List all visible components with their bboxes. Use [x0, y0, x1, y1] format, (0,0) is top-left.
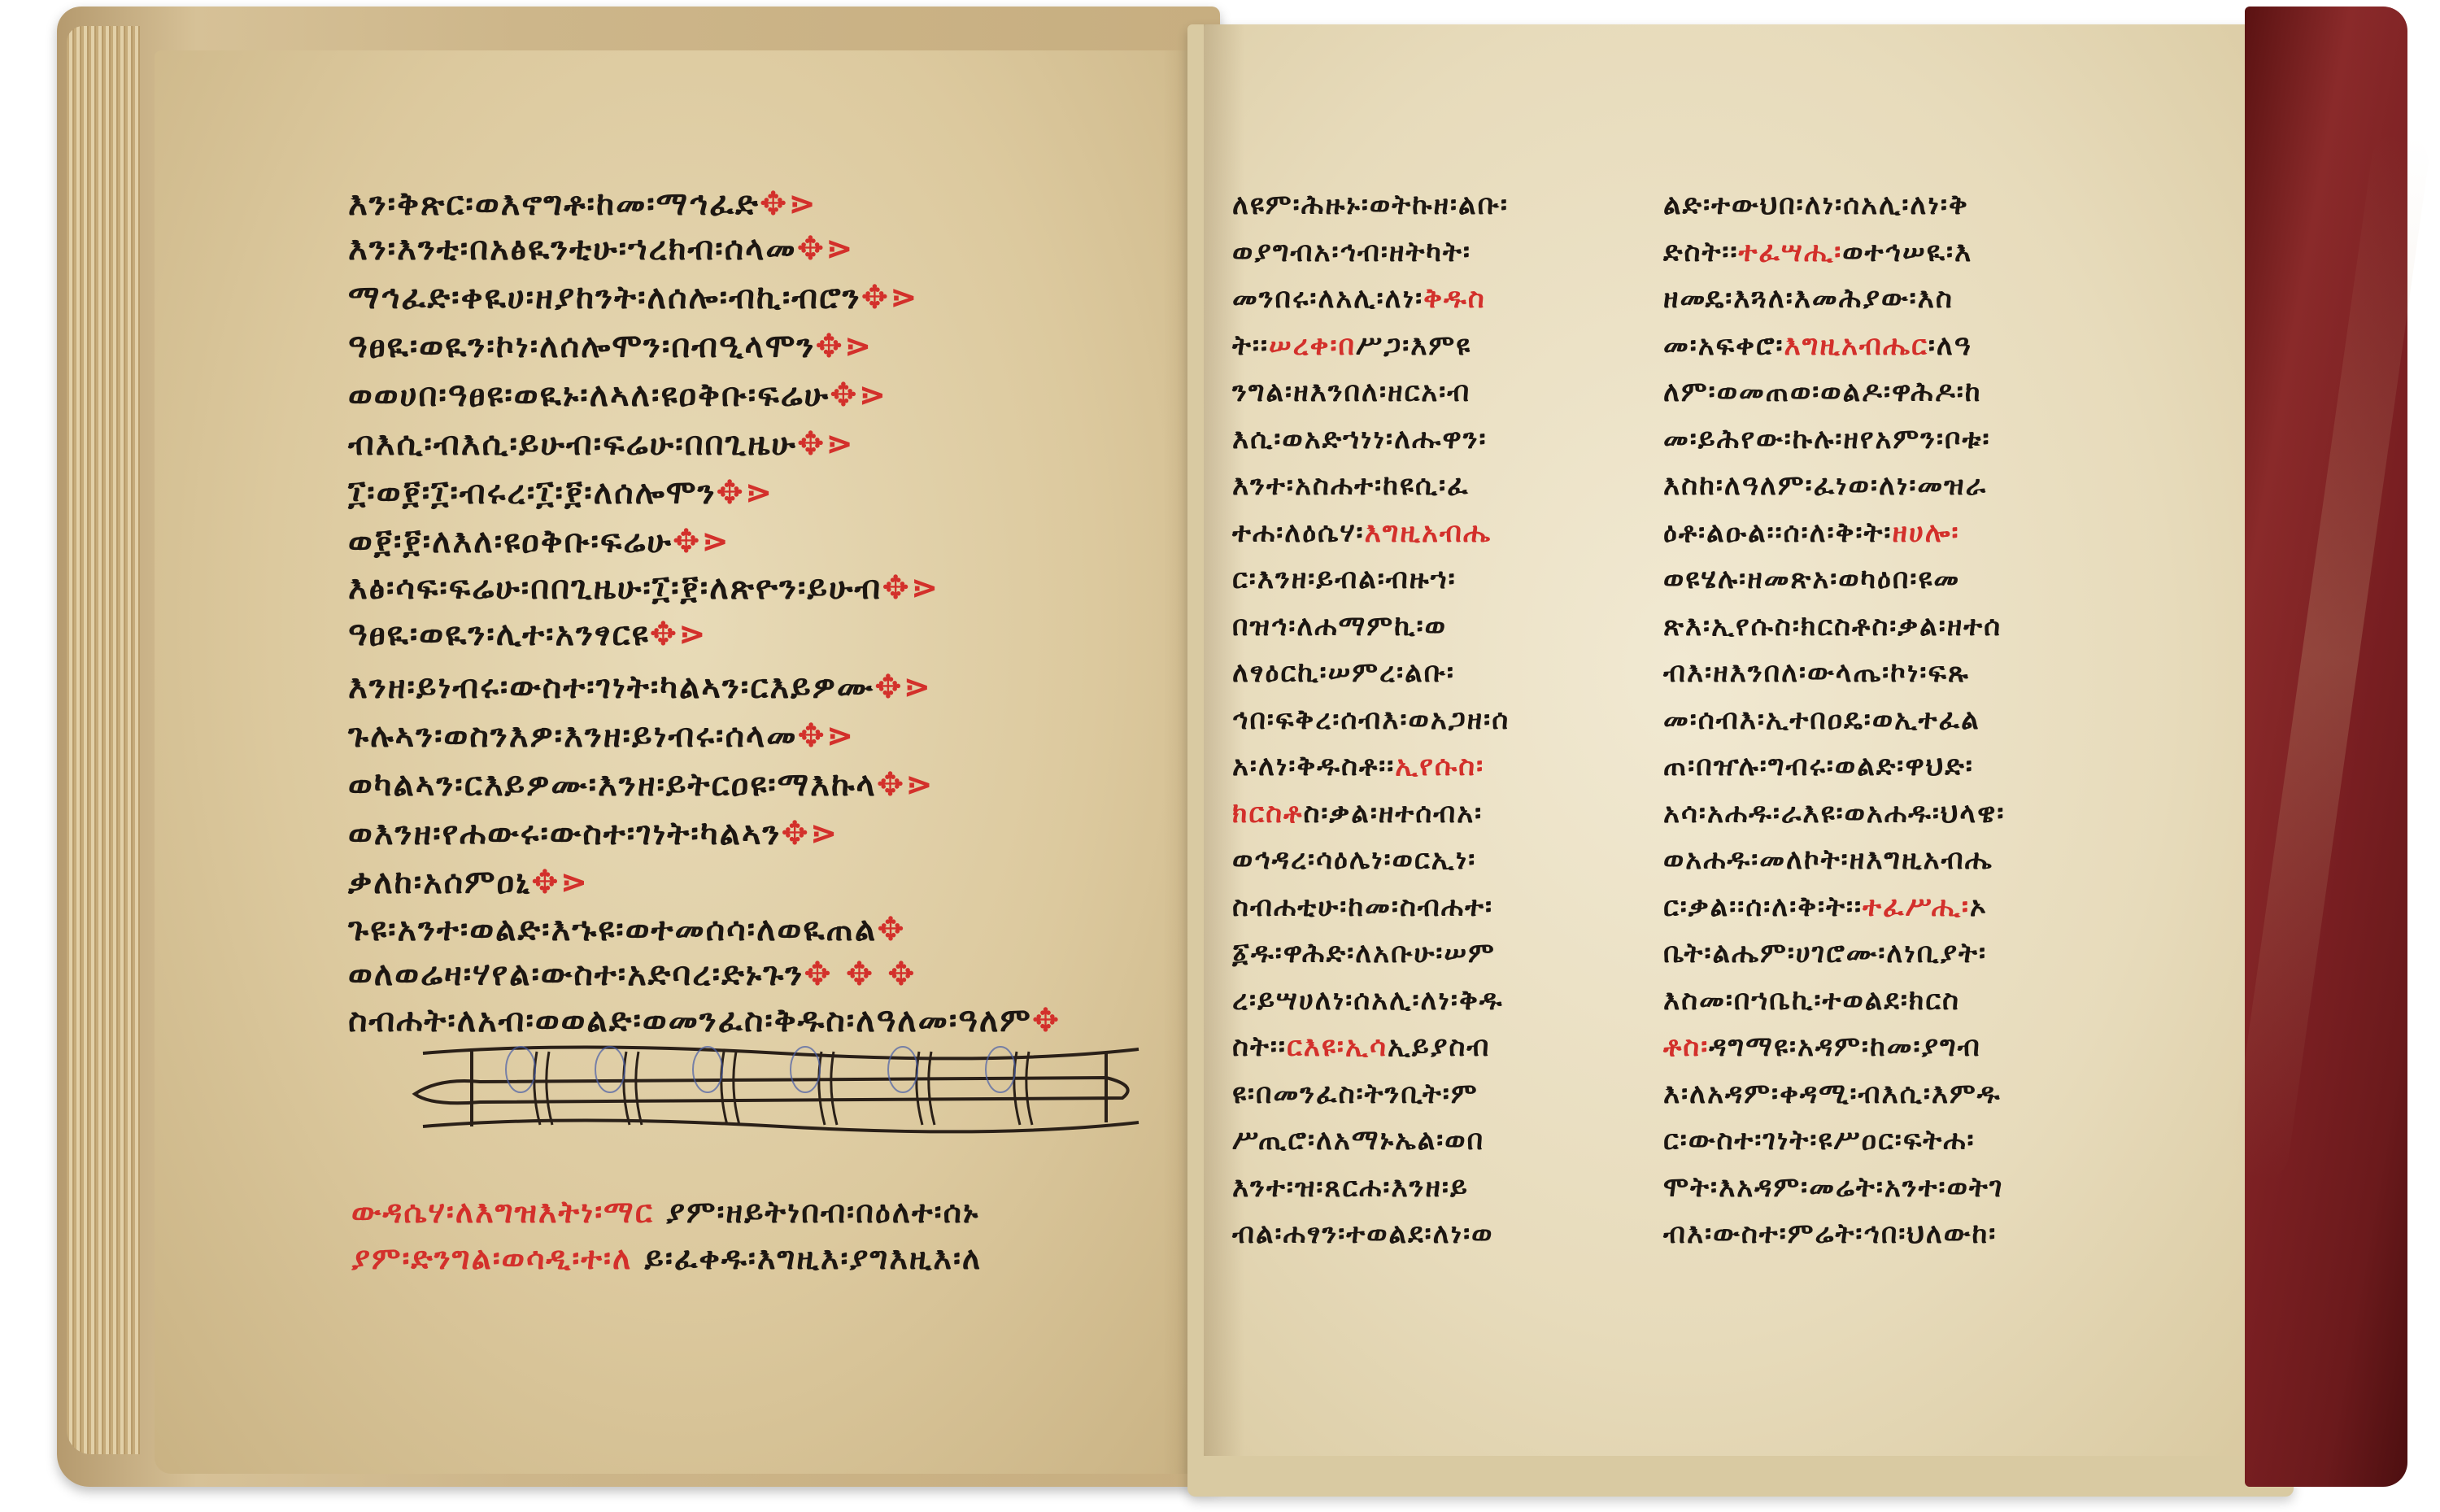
- black-text: ረ፡ይሣሀለነ፡ሰአሊ፡ለነ፡ቅዱ: [1232, 984, 1504, 1017]
- manuscript-line: ወያግብአ፡ኅብ፡ዘትካት፡: [1232, 236, 1471, 268]
- black-text: እሲ፡ወአድኀነነ፡ለሑዋን፡: [1232, 423, 1488, 455]
- red-text: ቅዱስ: [1423, 282, 1486, 315]
- rubric-cross-icon: ✥⋗: [650, 616, 708, 653]
- black-text: ስ፡ቃል፡ዘተሰብአ፡: [1303, 797, 1483, 830]
- black-text: በዝኅ፡ለሐማምኪ፡ወ: [1232, 610, 1447, 643]
- manuscript-line: ብእሲ፡ብእሲ፡ይሁብ፡ፍሬሁ፡በበጊዜሁ✥⋗: [348, 425, 855, 463]
- black-text: ዩ፡በመንፈስ፡ትንቢት፡ም: [1232, 1078, 1479, 1110]
- manuscript-line: ዓፀዪ፡ወዪን፡ኮነ፡ለሰሎሞን፡በብዒላሞን✥⋗: [348, 328, 873, 365]
- manuscript-line: ተሐ፡ለዕሴሃ፡እግዚአብሔ: [1232, 516, 1492, 549]
- black-text: ሥጋ፡እምዩ: [1356, 329, 1471, 362]
- rubric-cross-icon: ✥⋗: [830, 377, 887, 414]
- line-text: ወ፻፡፻፡ለእለ፡ዩዐቅቡ፡ፍሬሁ: [348, 523, 673, 560]
- manuscript-line: አ፡ለነ፡ቅዱስቶ፡፡ኢየሱስ፡: [1232, 750, 1484, 782]
- line-text: ማኅፈድ፡ቀዪሀ፡ዘያከንት፡ለሰሎ፡ብኪ፡ብሮን: [348, 279, 861, 316]
- manuscript-line: ዓፀዪ፡ወዪን፡ሊተ፡አንፃርዩ✥⋗: [348, 616, 708, 653]
- manuscript-line: ሞት፡እአዳም፡መሬት፡አንተ፡ወትገ: [1663, 1171, 2003, 1204]
- line-text: እንዘ፡ይነብሩ፡ውስተ፡ገነት፡ካልኣን፡ርእይዎሙ: [348, 669, 874, 706]
- black-text: ይ፡ፈቀዱ፡እግዚእ፡ያግእዚእ፡ለ: [632, 1240, 982, 1276]
- line-text: እን፡ቅጽር፡ወእኖግቶ፡ከመ፡ማኅፈድ: [348, 185, 760, 223]
- manuscript-line: ልድ፡ተውህበ፡ለነ፡ሰአሊ፡ለነ፡ቅ: [1663, 189, 1969, 221]
- manuscript-line: እፅ፡ሳፍ፡ፍሬሁ፡በበጊዜሁ፡፲፡፻፡ለጽዮን፡ይሁብ✥⋗: [348, 569, 939, 607]
- leather-cover: [2245, 7, 2407, 1487]
- manuscript-line: እን፡ቅጽር፡ወእኖግቶ፡ከመ፡ማኅፈድ✥⋗: [348, 185, 817, 223]
- manuscript-line: እስከ፡ለዓለም፡ፈነወ፡ለነ፡መዝራ: [1663, 469, 1987, 502]
- manuscript-line: ማኅፈድ፡ቀዪሀ፡ዘያከንት፡ለሰሎ፡ብኪ፡ብሮን✥⋗: [348, 279, 919, 316]
- black-text: ሥጢሮ፡ለአማኑኤል፡ወበ: [1232, 1124, 1484, 1157]
- manuscript-line: ስት፡፡ርእዩ፡ኢሳኢይያስብ: [1232, 1031, 1490, 1063]
- black-text: ብል፡ሐፃን፡ተወልደ፡ለነ፡ወ: [1232, 1218, 1493, 1250]
- black-text: ጽእ፡ኢየሱስ፡ክርስቶስ፡ቃል፡ዘተሰ: [1663, 610, 2002, 643]
- manuscript-line: እሲ፡ወአድኀነነ፡ለሑዋን፡: [1232, 423, 1488, 455]
- rubric-line: ውዳሴሃ፡ለእግዝእትነ፡ማር ያም፡ዘይትነበብ፡በዕለተ፡ሰኑ: [351, 1194, 979, 1231]
- black-text: ቤት፡ልሔም፡ሀገሮሙ፡ለነቢያት፡: [1663, 937, 1987, 970]
- manuscript-line: ቤት፡ልሔም፡ሀገሮሙ፡ለነቢያት፡: [1663, 937, 1987, 970]
- line-text: እፅ፡ሳፍ፡ፍሬሁ፡በበጊዜሁ፡፲፡፻፡ለጽዮን፡ይሁብ: [348, 569, 882, 607]
- line-text: ዓፀዪ፡ወዪን፡ሊተ፡አንፃርዩ: [348, 616, 650, 653]
- manuscript-line: ዩ፡በመንፈስ፡ትንቢት፡ም: [1232, 1078, 1479, 1110]
- manuscript-line: እንተ፡አስሐተ፡ከዩሲ፡ፈ: [1232, 469, 1470, 502]
- red-text: እግዚአብሔር: [1784, 329, 1928, 362]
- manuscript-line: ዘመዴ፡እጓለ፡እመሕያው፡እስ: [1663, 282, 1954, 315]
- manuscript-line: ጠ፡በዠሉ፡ግብሩ፡ወልድ፡ዋህድ፡: [1663, 750, 1974, 782]
- rubric-cross-icon: ✥⋗: [815, 328, 873, 365]
- black-text: ወአሐዱ፡መለኮት፡ዘእግዚአብሔ: [1663, 843, 1993, 876]
- black-text: እንተ፡ዝ፡ጸርሐ፡እንዘ፡ይ: [1232, 1171, 1469, 1204]
- black-text: እንተ፡አስሐተ፡ከዩሲ፡ፈ: [1232, 469, 1470, 502]
- black-text: ር፡እንዘ፡ይብል፡ብዙኀ፡: [1232, 563, 1457, 595]
- rubric-cross-icon: ✥⋗: [781, 815, 839, 852]
- line-text: ብእሲ፡ብእሲ፡ይሁብ፡ፍሬሁ፡በበጊዜሁ: [348, 425, 797, 463]
- line-text: ዓፀዪ፡ወዪን፡ኮነ፡ለሰሎሞን፡በብዒላሞን: [348, 328, 815, 365]
- boat-drawing-icon: [407, 1021, 1155, 1143]
- manuscript-line: ጽእ፡ኢየሱስ፡ክርስቶስ፡ቃል፡ዘተሰ: [1663, 610, 2002, 643]
- manuscript-line: ወወሀበ፡ዓፀዩ፡ወዪኑ፡ለኣለ፡ዩዐቅቡ፡ፍሬሁ✥⋗: [348, 377, 887, 414]
- black-text: ኅበ፡ፍቅረ፡ሰብእ፡ወአጋዘ፡ሰ: [1232, 704, 1510, 736]
- manuscript-line: ወአሐዱ፡መለኮት፡ዘእግዚአብሔ: [1663, 843, 1993, 876]
- line-text: ፲፡ወ፻፡፲፡ብሩረ፡፲፡፻፡ለሰሎሞን: [348, 474, 716, 512]
- black-text: እስከ፡ለዓለም፡ፈነወ፡ለነ፡መዝራ: [1663, 469, 1987, 502]
- black-text: እ፡ለአዳም፡ቀዳሚ፡ብእሲ፡እምዱ: [1663, 1078, 2002, 1110]
- manuscript-line: ረ፡ይሣሀለነ፡ሰአሊ፡ለነ፡ቅዱ: [1232, 984, 1504, 1017]
- manuscript-line: ጉሉኣን፡ወስንእዎ፡እንዘ፡ይነብሩ፡ሰላመ✥⋗: [348, 717, 855, 755]
- manuscript-line: መ፡አፍቀሮ፡እግዚአብሔር፡ለዓ: [1663, 329, 1972, 362]
- black-text: ስት፡፡: [1232, 1031, 1287, 1063]
- line-text: እን፡እንቲ፡በአፅዪንቲሁ፡ኀረክብ፡ሰላመ: [348, 230, 797, 268]
- black-text: ተሐ፡ለዕሴሃ፡: [1232, 516, 1365, 549]
- manuscript-line: ወዩሄሉ፡ዘመጽአ፡ወካዕበ፡ዩመ: [1663, 563, 1960, 595]
- manuscript-line: ፩ዱ፡ዋሕድ፡ለአቡሁ፡ሠም: [1232, 937, 1496, 970]
- rubric-cross-icon: ✥⋗: [861, 279, 919, 316]
- red-text: ሠረቀ፡በ: [1269, 329, 1356, 362]
- rubric-cross-icon: ✥⋗: [797, 425, 855, 463]
- line-text: ጉሉኣን፡ወስንእዎ፡እንዘ፡ይነብሩ፡ሰላመ: [348, 717, 797, 755]
- manuscript-line: መ፡ይሕየው፡ኩሉ፡ዘየአምን፡ቦቱ፡: [1663, 423, 1990, 455]
- black-text: ኦ: [1970, 891, 1988, 923]
- black-text: መ፡ሰብእ፡ኢተበዐዴ፡ወኢተፈል: [1663, 704, 1980, 736]
- manuscript-line: ለፃዕርኪ፡ሠምረ፡ልቡ፡: [1232, 656, 1455, 689]
- black-text: ወያግብአ፡ኅብ፡ዘትካት፡: [1232, 236, 1471, 268]
- rubric-cross-icon: ✥⋗: [531, 864, 589, 901]
- manuscript-line: ለም፡ወመጠወ፡ወልዶ፡ዋሕዶ፡ከ: [1663, 376, 1982, 408]
- line-text: ጉዩ፡አንተ፡ወልድ፡እኁዩ፡ወተመሰሳ፡ለወዪጠል: [348, 911, 877, 948]
- red-text: ዘሀሎ፡: [1892, 516, 1959, 549]
- manuscript-line: ወካልኣን፡ርእይዎሙ፡እንዘ፡ይትርዐዩ፡ማእኩላ✥⋗: [348, 766, 935, 804]
- rubric-cross-icon: ✥ ✥ ✥: [804, 956, 916, 993]
- black-text: ት፡፡: [1232, 329, 1269, 362]
- manuscript-line: ብእ፡ዘእንበለ፡ውላጤ፡ኮነ፡ፍጹ: [1663, 656, 1970, 689]
- manuscript-line: ወኅዳረ፡ሳዕሌነ፡ወርኢነ፡: [1232, 843, 1476, 876]
- manuscript-line: መ፡ሰብእ፡ኢተበዐዴ፡ወኢተፈል: [1663, 704, 1980, 736]
- black-text: ዕቶ፡ልዑል፡፡ሰ፡ለ፡ቅ፡ት፡: [1663, 516, 1892, 549]
- black-text: ጠ፡በዠሉ፡ግብሩ፡ወልድ፡ዋህድ፡: [1663, 750, 1974, 782]
- red-text: ያም፡ድንግል፡ወሳዲ፡ተ፡ለ: [351, 1240, 632, 1276]
- black-text: ር፡ቃል፡፡ሰ፡ለ፡ቅ፡ት፡፡: [1663, 891, 1863, 923]
- black-text: ወዩሄሉ፡ዘመጽአ፡ወካዕበ፡ዩመ: [1663, 563, 1960, 595]
- manuscript-line: ኅበ፡ፍቅረ፡ሰብእ፡ወአጋዘ፡ሰ: [1232, 704, 1510, 736]
- manuscript-line: ሥጢሮ፡ለአማኑኤል፡ወበ: [1232, 1124, 1484, 1157]
- manuscript-line: መንበሩ፡ለአሊ፡ለነ፡ቅዱስ: [1232, 282, 1486, 315]
- manuscript-line: ክርስቶስ፡ቃል፡ዘተሰብአ፡: [1232, 797, 1483, 830]
- line-text: ቃለከ፡አሰምዐኒ: [348, 864, 531, 901]
- black-text: መ፡አፍቀሮ፡: [1663, 329, 1784, 362]
- black-text: አ፡ለነ፡ቅዱስቶ፡፡: [1232, 750, 1395, 782]
- manuscript-line: ዕቶ፡ልዑል፡፡ሰ፡ለ፡ቅ፡ት፡ዘሀሎ፡: [1663, 516, 1960, 549]
- rubric-cross-icon: ✥⋗: [673, 523, 730, 560]
- black-text: ስብሐቲሁ፡ከመ፡ስብሐተ፡: [1232, 891, 1493, 923]
- black-text: አሳ፡አሐዱ፡ራእዩ፡ወአሐዱ፡ህላዌ፡: [1663, 797, 2005, 830]
- rubric-cross-icon: ✥⋗: [716, 474, 773, 512]
- manuscript-line: እን፡እንቲ፡በአፅዪንቲሁ፡ኀረክብ፡ሰላመ✥⋗: [348, 230, 855, 268]
- line-text: ወካልኣን፡ርእይዎሙ፡እንዘ፡ይትርዐዩ፡ማእኩላ: [348, 766, 877, 804]
- manuscript-line: ብእ፡ውስተ፡ምሬት፡ኅበ፡ህለውከ፡: [1663, 1218, 1997, 1250]
- red-text: ተፈሥሒ፡: [1863, 891, 1970, 923]
- rubric-cross-icon: ✥⋗: [877, 766, 935, 804]
- black-text: ድስት፡፡: [1663, 236, 1738, 268]
- cover-wear: [2229, 129, 2432, 1184]
- page-edges: [67, 26, 140, 1454]
- black-text: ንግል፡ዘእንበለ፡ዘርአ፡ብ: [1232, 376, 1471, 408]
- black-text: ፡ለዓ: [1928, 329, 1972, 362]
- red-text: እግዚአብሔ: [1365, 516, 1492, 549]
- rubric-cross-icon: ✥: [877, 911, 906, 948]
- line-text: ወለወሬዛ፡ሃየል፡ውስተ፡አድባረ፡ድኑጉን: [348, 956, 804, 993]
- black-text: ብእ፡ዘእንበለ፡ውላጤ፡ኮነ፡ፍጹ: [1663, 656, 1970, 689]
- manuscript-line: ንግል፡ዘእንበለ፡ዘርአ፡ብ: [1232, 376, 1471, 408]
- manuscript-line: ቃለከ፡አሰምዐኒ✥⋗: [348, 864, 589, 901]
- manuscript-line: ር፡እንዘ፡ይብል፡ብዙኀ፡: [1232, 563, 1457, 595]
- black-text: ፩ዱ፡ዋሕድ፡ለአቡሁ፡ሠም: [1232, 937, 1496, 970]
- red-text: ቶስ፡: [1663, 1031, 1709, 1063]
- manuscript-line: ት፡፡ሠረቀ፡በሥጋ፡እምዩ: [1232, 329, 1471, 362]
- manuscript-line: እንተ፡ዝ፡ጸርሐ፡እንዘ፡ይ: [1232, 1171, 1469, 1204]
- black-text: ወኅዳረ፡ሳዕሌነ፡ወርኢነ፡: [1232, 843, 1476, 876]
- black-text: መንበሩ፡ለአሊ፡ለነ፡: [1232, 282, 1423, 315]
- line-text: ወወሀበ፡ዓፀዩ፡ወዪኑ፡ለኣለ፡ዩዐቅቡ፡ፍሬሁ: [348, 377, 830, 414]
- manuscript-line: ለዩም፡ሕዙኑ፡ወትኩዘ፡ልቡ፡: [1232, 189, 1509, 221]
- black-text: ሞት፡እአዳም፡መሬት፡አንተ፡ወትገ: [1663, 1171, 2003, 1204]
- manuscript-line: ጉዩ፡አንተ፡ወልድ፡እኁዩ፡ወተመሰሳ፡ለወዪጠል✥: [348, 911, 906, 948]
- black-text: ብእ፡ውስተ፡ምሬት፡ኅበ፡ህለውከ፡: [1663, 1218, 1997, 1250]
- line-text: ወእንዘ፡የሐውሩ፡ውስተ፡ገነት፡ካልኣን: [348, 815, 781, 852]
- manuscript-line: ር፡ውስተ፡ገነት፡ዩሥዐር፡ፍትሐ፡: [1663, 1124, 1976, 1157]
- rubric-cross-icon: ✥⋗: [797, 717, 855, 755]
- rubric-cross-icon: ✥⋗: [882, 569, 939, 607]
- black-text: ዳግማዩ፡አዳም፡ከመ፡ያግብ: [1709, 1031, 1980, 1063]
- manuscript-line: ብል፡ሐፃን፡ተወልደ፡ለነ፡ወ: [1232, 1218, 1493, 1250]
- manuscript-line: እ፡ለአዳም፡ቀዳሚ፡ብእሲ፡እምዱ: [1663, 1078, 2002, 1110]
- rubric-cross-icon: ✥⋗: [797, 230, 855, 268]
- black-text: ልድ፡ተውህበ፡ለነ፡ሰአሊ፡ለነ፡ቅ: [1663, 189, 1969, 221]
- black-text: ለዩም፡ሕዙኑ፡ወትኩዘ፡ልቡ፡: [1232, 189, 1509, 221]
- manuscript-line: ወእንዘ፡የሐውሩ፡ውስተ፡ገነት፡ካልኣን✥⋗: [348, 815, 839, 852]
- red-text: ተፈሣሒ፡: [1738, 236, 1842, 268]
- manuscript-line: ድስት፡፡ተፈሣሒ፡ወተኅሠዪ፡እ: [1663, 236, 1972, 268]
- manuscript-line: እስመ፡በኀቤኪ፡ተወልደ፡ክርስ: [1663, 984, 1960, 1017]
- black-text: ለም፡ወመጠወ፡ወልዶ፡ዋሕዶ፡ከ: [1663, 376, 1982, 408]
- red-text: ርእዩ፡ኢሳ: [1287, 1031, 1388, 1063]
- black-text: ለፃዕርኪ፡ሠምረ፡ልቡ፡: [1232, 656, 1455, 689]
- manuscript-line: ወለወሬዛ፡ሃየል፡ውስተ፡አድባረ፡ድኑጉን✥ ✥ ✥: [348, 956, 917, 993]
- rubric-line: ያም፡ድንግል፡ወሳዲ፡ተ፡ለ ይ፡ፈቀዱ፡እግዚእ፡ያግእዚእ፡ለ: [351, 1240, 982, 1277]
- black-text: እስመ፡በኀቤኪ፡ተወልደ፡ክርስ: [1663, 984, 1960, 1017]
- manuscript-line: ር፡ቃል፡፡ሰ፡ለ፡ቅ፡ት፡፡ተፈሥሒ፡ኦ: [1663, 891, 1988, 923]
- black-text: ዘመዴ፡እጓለ፡እመሕያው፡እስ: [1663, 282, 1954, 315]
- manuscript-photo: እን፡ቅጽር፡ወእኖግቶ፡ከመ፡ማኅፈድ✥⋗እን፡እንቲ፡በአፅዪንቲሁ፡ኀረክ…: [0, 0, 2440, 1512]
- manuscript-line: ወ፻፡፻፡ለእለ፡ዩዐቅቡ፡ፍሬሁ✥⋗: [348, 523, 730, 560]
- manuscript-line: ቶስ፡ዳግማዩ፡አዳም፡ከመ፡ያግብ: [1663, 1031, 1981, 1063]
- manuscript-line: ስብሐቲሁ፡ከመ፡ስብሐተ፡: [1232, 891, 1493, 923]
- manuscript-line: አሳ፡አሐዱ፡ራእዩ፡ወአሐዱ፡ህላዌ፡: [1663, 797, 2005, 830]
- manuscript-line: በዝኅ፡ለሐማምኪ፡ወ: [1232, 610, 1447, 643]
- black-text: ያም፡ዘይትነበብ፡በዕለተ፡ሰኑ: [654, 1194, 980, 1230]
- red-text: ክርስቶ: [1232, 797, 1303, 830]
- red-text: ውዳሴሃ፡ለእግዝእትነ፡ማር: [351, 1194, 654, 1230]
- rubric-cross-icon: ✥⋗: [760, 185, 817, 223]
- black-text: መ፡ይሕየው፡ኩሉ፡ዘየአምን፡ቦቱ፡: [1663, 423, 1990, 455]
- manuscript-line: እንዘ፡ይነብሩ፡ውስተ፡ገነት፡ካልኣን፡ርእይዎሙ✥⋗: [348, 669, 932, 706]
- black-text: ኢይያስብ: [1388, 1031, 1490, 1063]
- red-text: ኢየሱስ፡: [1395, 750, 1484, 782]
- manuscript-line: ፲፡ወ፻፡፲፡ብሩረ፡፲፡፻፡ለሰሎሞን✥⋗: [348, 474, 773, 512]
- black-text: ወተኅሠዪ፡እ: [1842, 236, 1972, 268]
- rubric-cross-icon: ✥⋗: [874, 669, 932, 706]
- black-text: ር፡ውስተ፡ገነት፡ዩሥዐር፡ፍትሐ፡: [1663, 1124, 1976, 1157]
